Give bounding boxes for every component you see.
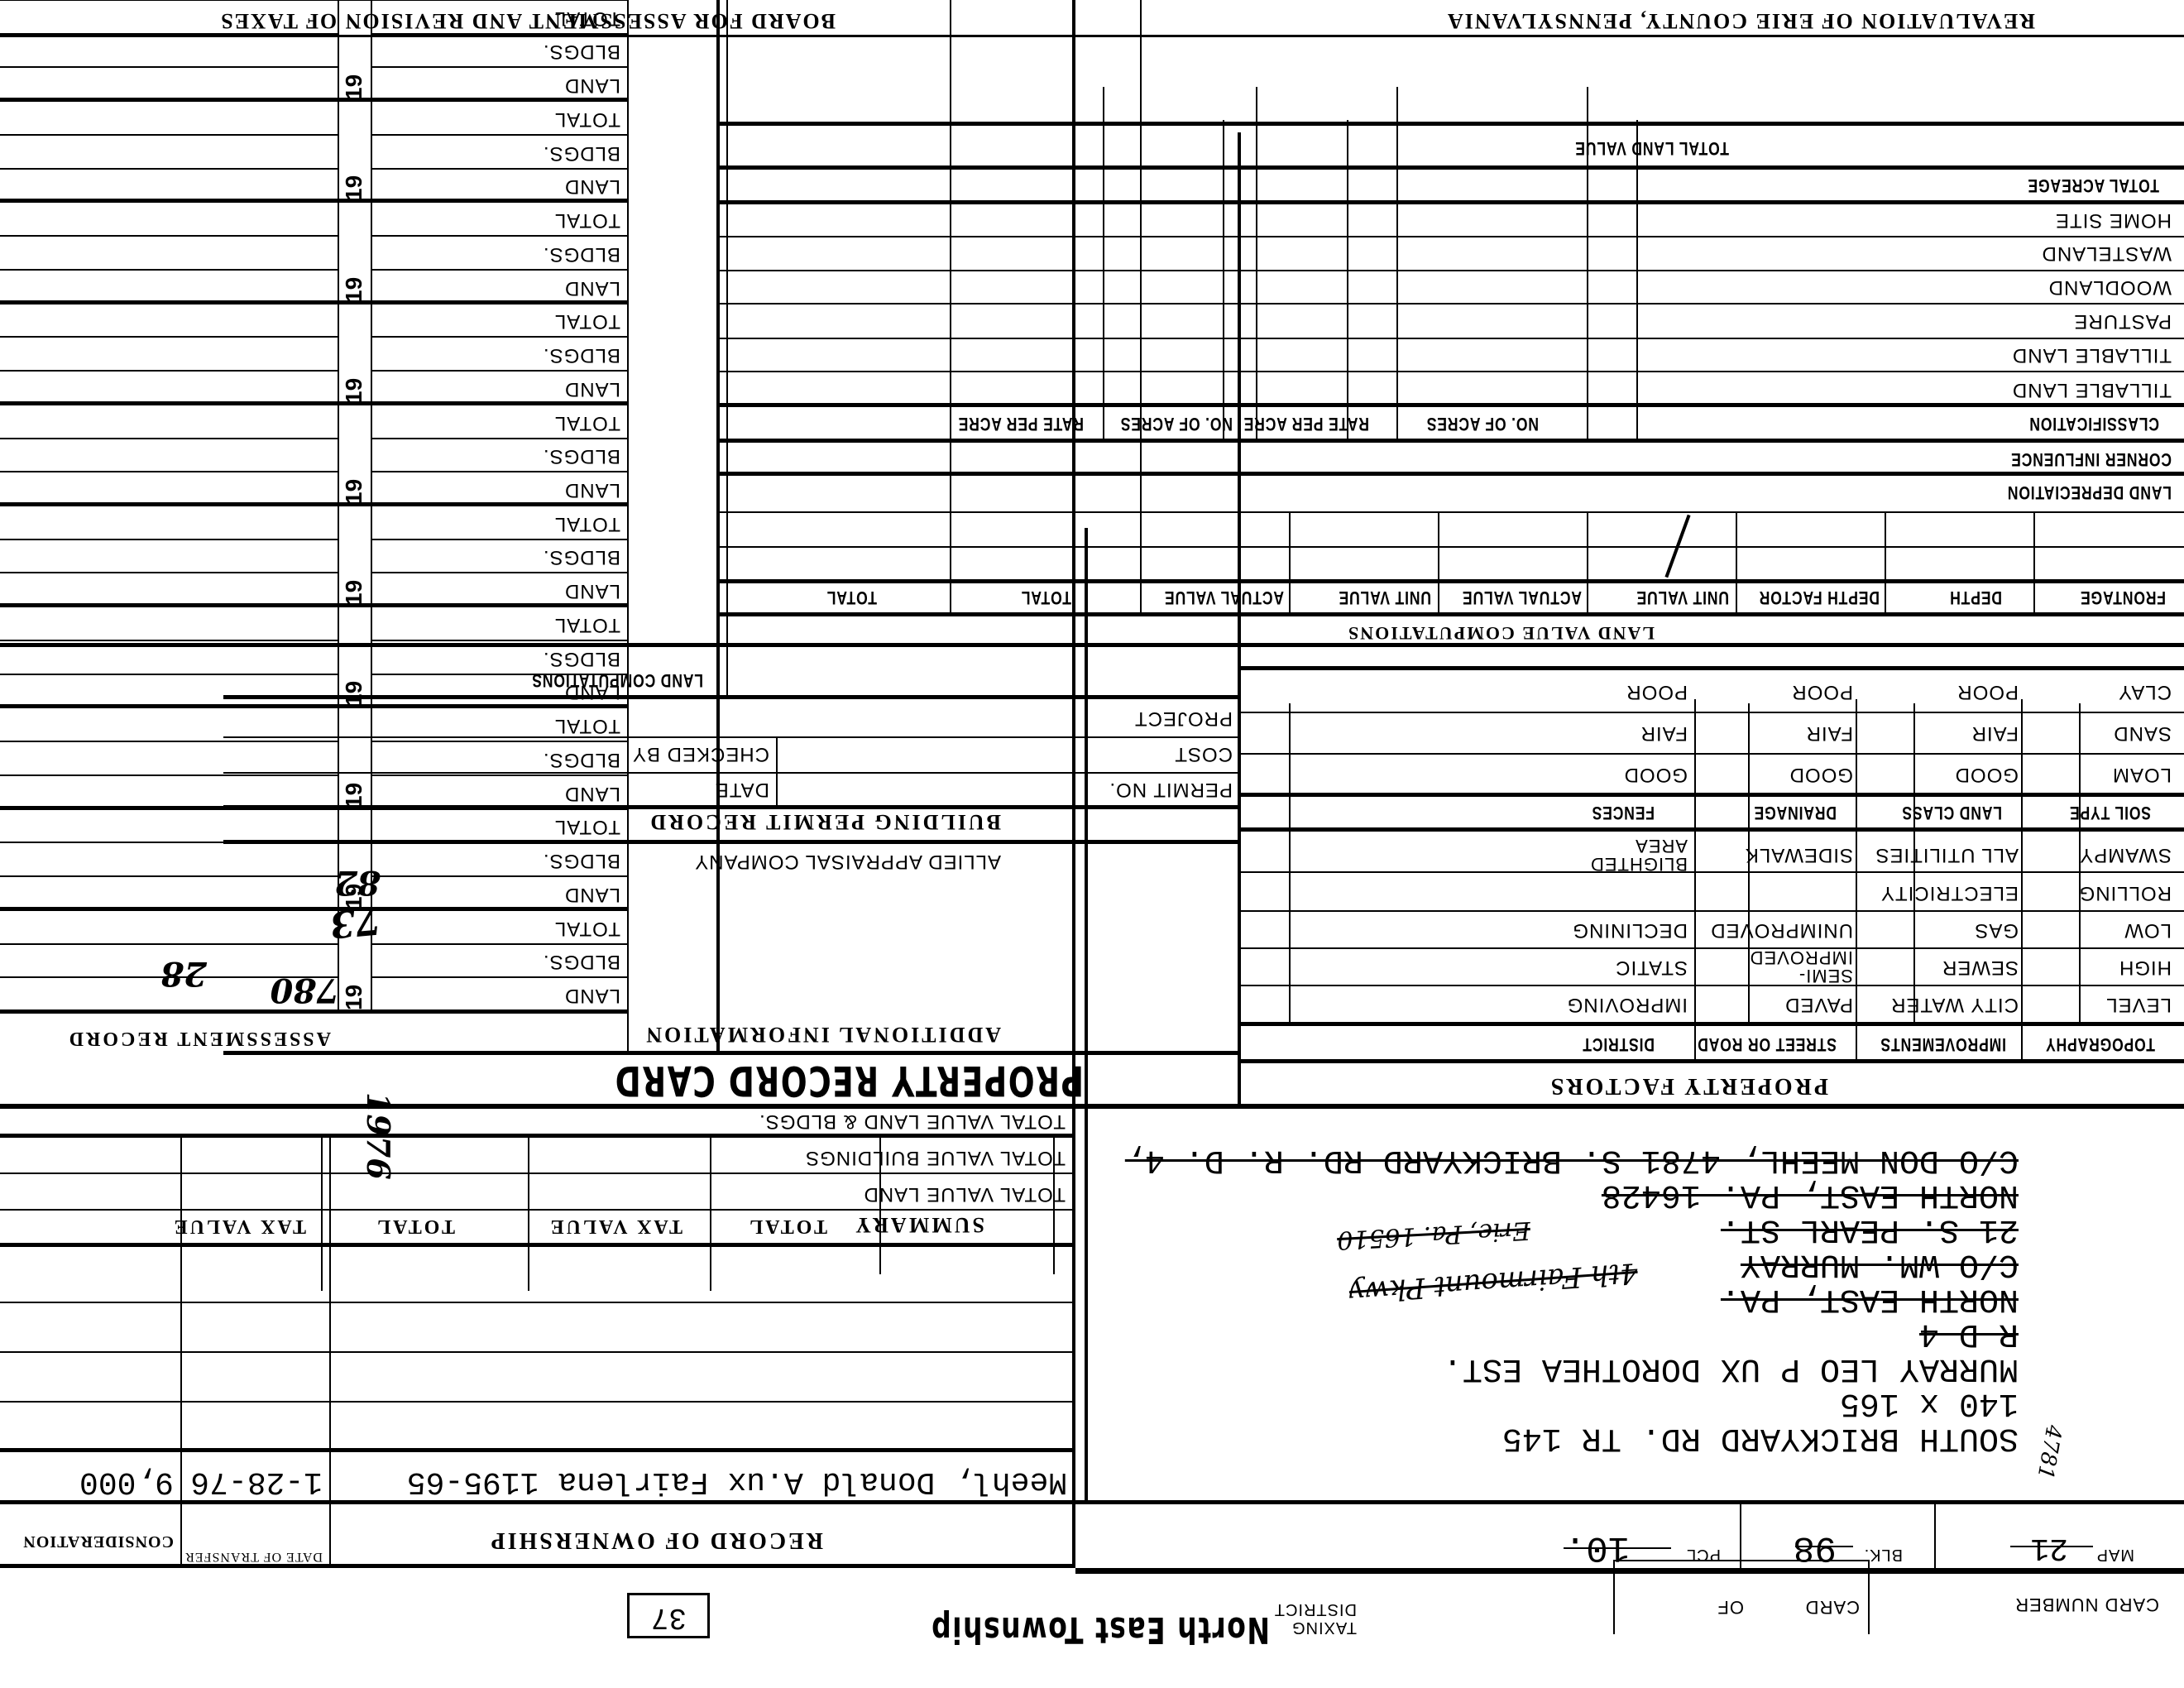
hw-value-780: 780 <box>271 971 340 1009</box>
lvc-frontage: FRONTAGE <box>2080 587 2166 608</box>
card-title: PROPERTY RECORD CARD <box>614 1057 1084 1105</box>
lvc-depth-factor: DEPTH FACTOR <box>1759 587 1880 608</box>
revaluation-footer: REVALUATION OF ERIE COUNTY, PENNSYLVANIA <box>1446 8 2035 33</box>
property-line-2: 140 x 165 <box>1840 1384 2019 1422</box>
assessment-year-prefix: 19 <box>341 479 367 505</box>
assessment-row-label: TOTAL <box>554 108 620 131</box>
assessment-row-label: LAND <box>564 782 620 805</box>
assessment-row-label: LAND <box>564 883 620 906</box>
drainage-good: GOOD <box>1789 763 1853 786</box>
topo-swampy: SWAMPY <box>2079 843 2172 866</box>
soil-header-land-class: LAND CLASS <box>1902 802 2002 823</box>
district-blighted-area: BLIGHTED AREA <box>1572 837 1688 873</box>
assessment-row-label: TOTAL <box>554 613 620 636</box>
owner-name: Meehl, Donald A.ux Fairlena 1195-65 <box>407 1464 1067 1499</box>
impr-electricity: ELECTRICITY <box>1880 881 2019 904</box>
district-code-box: 37 <box>627 1593 710 1638</box>
lc-no-of-acres-1: NO. OF ACRES <box>1426 413 1539 434</box>
pcl-value: 10. <box>1564 1527 1630 1568</box>
lc-tillable-land-2: TILLABLE LAND <box>2012 343 2172 367</box>
topo-high: HIGH <box>2119 956 2172 979</box>
permit-checked-by-label: CHECKED BY <box>632 742 769 765</box>
pcl-label: PCL <box>1686 1545 1721 1564</box>
district-static: STATIC <box>1615 956 1688 979</box>
district-code: 37 <box>651 1600 687 1634</box>
lvc-total-1: TOTAL <box>1021 587 1071 608</box>
landclass-fair: FAIR <box>1971 722 2019 745</box>
summary-total-2: TOTAL <box>375 1215 455 1237</box>
fences-good: GOOD <box>1624 763 1688 786</box>
taxing-district-label: TAXING DISTRICT <box>1274 1600 1357 1637</box>
hw-year-82: 82 <box>334 863 381 902</box>
soil-loam: LOAM <box>2112 763 2172 786</box>
lc-home-site: HOME SITE <box>2055 209 2172 232</box>
impr-gas: GAS <box>1974 918 2019 942</box>
assessment-row-label: LAND <box>564 276 620 300</box>
assessment-row-label: TOTAL <box>554 714 620 737</box>
lc-classification: CLASSIFICATION <box>2028 413 2159 434</box>
assessment-row-label: BLDGS. <box>543 444 620 468</box>
assessment-row-label: LAND <box>564 175 620 198</box>
assessment-year-prefix: 19 <box>341 580 367 606</box>
summary-row-land-bldgs: TOTAL VALUE LAND & BLDGS. <box>759 1110 1066 1133</box>
lvc-unit-value-2: UNIT VALUE <box>1339 587 1431 608</box>
assessment-row-label: TOTAL <box>554 309 620 333</box>
soil-clay: CLAY <box>2118 680 2172 703</box>
lvc-unit-value-1: UNIT VALUE <box>1636 587 1729 608</box>
assessment-row-label: TOTAL <box>554 815 620 838</box>
assessment-year-prefix: 19 <box>341 985 367 1010</box>
assessment-row-label: LAND <box>564 680 620 703</box>
lc-tillable-land-1: TILLABLE LAND <box>2012 378 2172 401</box>
assessment-row-label: LAND <box>564 478 620 501</box>
board-footer: BOARD FOR ASSESSMENT AND REVISION OF TAX… <box>219 8 836 33</box>
fences-fair: FAIR <box>1640 722 1688 745</box>
assessment-row-label: TOTAL <box>554 512 620 535</box>
assessment-row-label: BLDGS. <box>543 545 620 568</box>
map-label: MAP <box>2096 1545 2134 1564</box>
lc-wasteland: WASTELAND <box>2042 242 2172 265</box>
taxing-district-value: North East Township <box>931 1609 1270 1651</box>
assessment-row-label: LAND <box>564 377 620 400</box>
property-line-7: 21 S. PEARL ST. <box>1721 1211 2019 1248</box>
permit-cost-label: COST <box>1174 742 1233 765</box>
district-improving: IMPROVING <box>1567 993 1688 1016</box>
lc-no-of-acres-2: NO. OF ACRES <box>1120 413 1233 434</box>
permit-no-label: PERMIT NO. <box>1109 778 1233 801</box>
summary-row-land: TOTAL VALUE LAND <box>863 1182 1066 1206</box>
permit-date-label: DATE <box>715 778 769 801</box>
soil-header-drainage: DRAINAGE <box>1754 802 1837 823</box>
date-of-transfer-label: DATE OF TRANSFER <box>190 1549 323 1564</box>
hw-value-28: 28 <box>160 954 207 993</box>
assessment-row-label: LAND <box>564 984 620 1007</box>
landclass-poor: POOR <box>1956 680 2019 703</box>
assessment-row-label: LAND <box>564 74 620 97</box>
property-record-card: CARD NUMBER CARD OF TAXING DISTRICT Nort… <box>0 0 2184 1688</box>
landclass-good: GOOD <box>1955 763 2019 786</box>
property-factors-title: PROPERTY FACTORS <box>1549 1072 1828 1099</box>
blk-label: BLK. <box>1864 1545 1903 1564</box>
corner-influence-label: CORNER INFLUENCE <box>2010 448 2172 470</box>
topo-low: LOW <box>2124 918 2172 942</box>
hw-year-73: 73 <box>328 899 382 945</box>
assessment-year-prefix: 19 <box>341 681 367 707</box>
assessment-row-label: BLDGS. <box>543 950 620 973</box>
factor-header-improvements: IMPROVEMENTS <box>1880 1033 2006 1055</box>
land-depreciation-label: LAND DEPRECIATION <box>2007 482 2172 503</box>
lvc-actual-value-2: ACTUAL VALUE <box>1164 587 1284 608</box>
district-declining: DECLINING <box>1572 918 1688 942</box>
assessment-record-title: ASSESSMENT RECORD <box>67 1027 331 1049</box>
impr-all-utilities: ALL UTILITIES <box>1875 843 2019 866</box>
impr-city-water: CITY WATER <box>1890 993 2019 1016</box>
assessment-year-prefix: 19 <box>341 74 367 100</box>
blk-value: 98 <box>1793 1527 1837 1568</box>
street-unimproved: UNIMPROVED <box>1710 918 1853 942</box>
lc-rate-per-acre-1: RATE PER ACRE <box>1243 413 1369 434</box>
lvc-depth: DEPTH <box>1949 587 2002 608</box>
property-line-9: C/O DON MEEHL, 4781 S. BRICKYARD RD. R. … <box>1125 1141 2019 1178</box>
soil-header-fences: FENCES <box>1592 802 1655 823</box>
fences-poor: POOR <box>1626 680 1688 703</box>
assessment-row-label: BLDGS. <box>543 343 620 367</box>
hw-year-1976: 1976 <box>360 1092 397 1180</box>
summary-tax-value-1: TAX VALUE <box>548 1215 682 1237</box>
topo-rolling: ROLLING <box>2079 881 2172 904</box>
drainage-fair: FAIR <box>1806 722 1853 745</box>
property-line-8: NORTH EAST, PA. 16428 <box>1602 1176 2019 1213</box>
ownership-title: RECORD OF OWNERSHIP <box>489 1527 823 1553</box>
summary-total-1: TOTAL <box>747 1215 827 1237</box>
assessment-row-label: BLDGS. <box>543 849 620 872</box>
consideration-value: 9,000 <box>79 1464 174 1499</box>
consideration-label: CONSIDERATION <box>22 1532 174 1551</box>
topo-level: LEVEL <box>2105 993 2172 1016</box>
handwritten-address-2: Erie, Pa. 16510 <box>1336 1216 1530 1254</box>
assessment-row-label: LAND <box>564 579 620 602</box>
assessment-row-label: BLDGS. <box>543 141 620 165</box>
handwritten-address-1: 4th Fairmount Pkwy <box>1348 1256 1639 1309</box>
soil-sand: SAND <box>2113 722 2172 745</box>
assessment-row-label: TOTAL <box>554 411 620 434</box>
assessment-year-prefix: 19 <box>341 175 367 201</box>
assessment-year-prefix: 19 <box>341 277 367 303</box>
factor-header-topography: TOPOGRAPHY <box>2045 1033 2155 1055</box>
transfer-date: 1-28-76 <box>190 1464 323 1499</box>
handwritten-number: 4781 <box>2032 1423 2066 1481</box>
land-value-computations-title: LAND VALUE COMPUTATIONS <box>1347 622 1655 644</box>
street-semi-improved: SEMI-IMPROVED <box>1762 948 1853 985</box>
assessment-row-label: TOTAL <box>554 917 620 940</box>
permit-project-label: PROJECT <box>1134 707 1233 730</box>
property-line-3: MURRAY LEO P UX DOROTHEA EST. <box>1443 1350 2019 1387</box>
assessment-year-prefix: 19 <box>341 378 367 404</box>
assessment-row-label: BLDGS. <box>543 242 620 266</box>
soil-header-soil-type: SOIL TYPE <box>2069 802 2151 823</box>
card-number-label: CARD NUMBER <box>2014 1595 2159 1614</box>
card-label: CARD <box>1805 1596 1860 1618</box>
of-label: OF <box>1717 1596 1744 1618</box>
lc-woodland: WOODLAND <box>2048 276 2172 299</box>
street-sidewalk: SIDEWALK <box>1745 843 1853 866</box>
building-permit-title: BUILDING PERMIT RECORD <box>648 809 1001 834</box>
street-paved: PAVED <box>1784 993 1853 1016</box>
allied-appraisal-company: ALLIED APPRAISAL COMPANY <box>694 850 1001 873</box>
assessment-row-label: BLDGS. <box>543 40 620 63</box>
lvc-total-2: TOTAL <box>826 587 877 608</box>
lc-total-acreage: TOTAL ACREAGE <box>2028 175 2159 196</box>
lc-total-land-value: TOTAL LAND VALUE <box>1574 137 1729 159</box>
property-line-4: R D 4 <box>1919 1315 2019 1352</box>
summary-header: SUMMARY <box>853 1212 984 1237</box>
lc-pasture: PASTURE <box>2073 309 2172 333</box>
assessment-row-label: TOTAL <box>554 209 620 232</box>
summary-row-buildings: TOTAL VALUE BUILDINGS <box>805 1146 1066 1169</box>
map-value: 21 <box>2030 1530 2068 1566</box>
assessment-row-label: BLDGS. <box>543 748 620 771</box>
lc-rate-per-acre-2: RATE PER ACRE <box>958 413 1084 434</box>
summary-tax-value-2: TAX VALUE <box>172 1215 306 1237</box>
lvc-actual-value-1: ACTUAL VALUE <box>1462 587 1582 608</box>
assessment-year-prefix: 19 <box>341 783 367 808</box>
property-line-1: SOUTH BRICKYARD RD. TR 145 <box>1502 1419 2019 1456</box>
additional-info-title: ADDITIONAL INFORMATION <box>644 1022 1001 1047</box>
factor-header-district: DISTRICT <box>1582 1033 1655 1055</box>
assessment-row-label: BLDGS. <box>543 647 620 670</box>
factor-header-street: STREET OR ROAD <box>1697 1033 1837 1055</box>
property-line-5: NORTH EAST, PA. <box>1721 1280 2019 1317</box>
impr-sewer: SEWER <box>1942 956 2019 979</box>
property-line-6: C/O WM. MURRAY <box>1741 1245 2019 1283</box>
drainage-poor: POOR <box>1791 680 1853 703</box>
